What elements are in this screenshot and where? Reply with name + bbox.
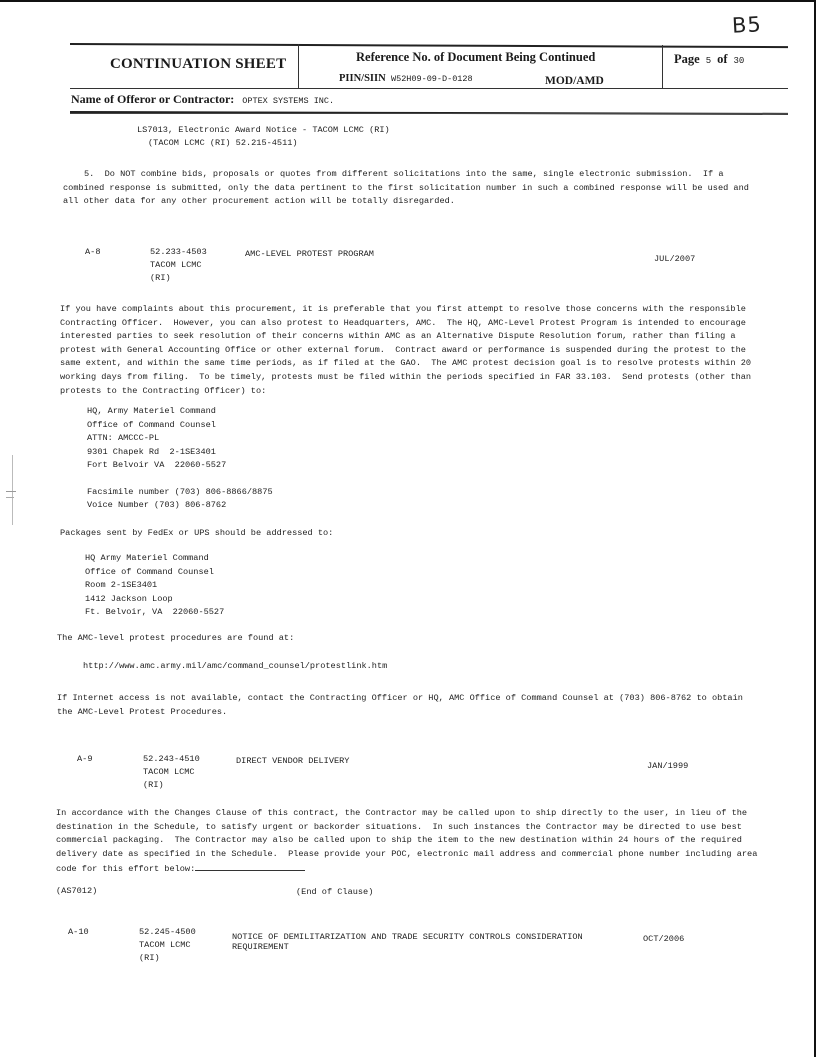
address-line: Office of Command Counsel (87, 419, 226, 433)
protest-paragraph: If you have complaints about this procur… (60, 303, 751, 398)
paragraph-line: all other data for any other procurement… (63, 195, 749, 209)
paragraph-line: If Internet access is not available, con… (57, 692, 743, 706)
poc-prompt: code for this effort below: (56, 864, 195, 874)
paragraph-line: If you have complaints about this procur… (60, 303, 751, 317)
clause-number: 52.245-4500 (139, 926, 196, 940)
scan-margin-mark (12, 455, 13, 525)
header-divider (662, 45, 663, 89)
procedures-link[interactable]: http://www.amc.army.mil/amc/command_coun… (83, 660, 387, 674)
poc-input-blank[interactable] (195, 861, 305, 871)
offeror-row: Name of Offeror or Contractor: OPTEX SYS… (71, 92, 334, 107)
offeror-value: OPTEX SYSTEMS INC. (242, 96, 334, 106)
vendor-delivery-paragraph: In accordance with the Changes Clause of… (56, 807, 757, 877)
paragraph-line: protests to the Contracting Officer) to: (60, 385, 751, 399)
clause-agency: TACOM LCMC (143, 766, 195, 780)
paragraph-line: In accordance with the Changes Clause of… (56, 807, 757, 821)
sheet-title: CONTINUATION SHEET (110, 56, 286, 73)
clause-code: (AS7012) (56, 885, 97, 899)
page-number: 5 (706, 56, 711, 66)
paragraph-line: protest with General Accounting Office o… (60, 344, 751, 358)
address-line: HQ Army Materiel Command (85, 552, 224, 566)
header-bottom-rule (70, 113, 788, 114)
paragraph-line: combined response is submitted, only the… (63, 182, 749, 196)
clause-number: 52.243-4510 (143, 753, 200, 767)
clause-number: 52.233-4503 (150, 246, 207, 260)
clause-agency: TACOM LCMC (139, 939, 191, 953)
address-line: 1412 Jackson Loop (85, 593, 224, 607)
fax-number: Facsimile number (703) 806-8866/8875 (87, 486, 273, 500)
intro-line-2: (TACOM LCMC (RI) 52.215-4511) (148, 137, 298, 151)
scan-margin-tick (6, 497, 14, 498)
clause-title: DIRECT VENDOR DELIVERY (236, 755, 349, 769)
paragraph-line: Contracting Officer. However, you can al… (60, 317, 751, 331)
clause-date: OCT/2006 (643, 933, 684, 947)
piin-value: W52H09-09-D-0128 (391, 74, 473, 84)
clause-id: A-10 (68, 926, 89, 940)
page-indicator: Page 5 of 30 (674, 52, 744, 67)
header-divider (298, 44, 299, 89)
paragraph-line: same extent, and within the same time pe… (60, 357, 751, 371)
hq-mailing-address: HQ, Army Materiel Command Office of Comm… (87, 405, 226, 473)
paragraph-line: the AMC-Level Protest Procedures. (57, 706, 743, 720)
address-line: Office of Command Counsel (85, 566, 224, 580)
paragraph-line: working days from filing. To be timely, … (60, 371, 751, 385)
handwritten-annotation: B5 (731, 12, 762, 38)
address-line: ATTN: AMCCC-PL (87, 432, 226, 446)
paragraph-line: 5. Do NOT combine bids, proposals or quo… (63, 168, 749, 182)
voice-number: Voice Number (703) 806-8762 (87, 499, 226, 513)
header-rule (70, 43, 788, 48)
reference-label: Reference No. of Document Being Continue… (356, 50, 595, 65)
address-line: 9301 Chapek Rd 2-1SE3401 (87, 446, 226, 460)
clause-id: A-8 (85, 246, 100, 260)
clause-region: (RI) (150, 272, 171, 286)
paragraph-line: interested parties to seek resolution of… (60, 330, 751, 344)
intro-line-1: LS7013, Electronic Award Notice - TACOM … (137, 124, 390, 138)
no-internet-paragraph: If Internet access is not available, con… (57, 692, 743, 719)
header-rule (70, 88, 788, 89)
address-line: HQ, Army Materiel Command (87, 405, 226, 419)
clause-id: A-9 (77, 753, 92, 767)
piin-label: PIIN/SIIN (339, 73, 386, 84)
scan-margin-tick (6, 491, 16, 492)
procedures-intro: The AMC-level protest procedures are fou… (57, 632, 294, 646)
end-of-clause: (End of Clause) (296, 886, 373, 900)
mod-amd-label: MOD/AMD (545, 75, 604, 87)
item-5-paragraph: 5. Do NOT combine bids, proposals or quo… (63, 168, 749, 209)
page-of-label: of (717, 52, 727, 67)
paragraph-line: delivery date as specified in the Schedu… (56, 848, 757, 862)
clause-date: JAN/1999 (647, 760, 688, 774)
paragraph-line: destination in the Schedule, to satisfy … (56, 821, 757, 835)
address-line: Room 2-1SE3401 (85, 579, 224, 593)
fedex-intro: Packages sent by FedEx or UPS should be … (60, 527, 333, 541)
page-label: Page (674, 52, 700, 67)
clause-title-line-2: REQUIREMENT (232, 941, 289, 955)
offeror-label: Name of Offeror or Contractor: (71, 92, 234, 107)
clause-date: JUL/2007 (654, 253, 695, 267)
page-total: 30 (734, 56, 745, 66)
clause-title: AMC-LEVEL PROTEST PROGRAM (245, 248, 374, 262)
clause-region: (RI) (139, 952, 160, 966)
address-line: Ft. Belvoir, VA 22060-5527 (85, 606, 224, 620)
clause-region: (RI) (143, 779, 164, 793)
paragraph-line: commercial packaging. The Contractor may… (56, 834, 757, 848)
clause-agency: TACOM LCMC (150, 259, 202, 273)
paragraph-line: code for this effort below: (56, 861, 757, 877)
address-line: Fort Belvoir VA 22060-5527 (87, 459, 226, 473)
scan-border-top (0, 0, 816, 2)
fedex-ups-address: HQ Army Materiel Command Office of Comma… (85, 552, 224, 620)
